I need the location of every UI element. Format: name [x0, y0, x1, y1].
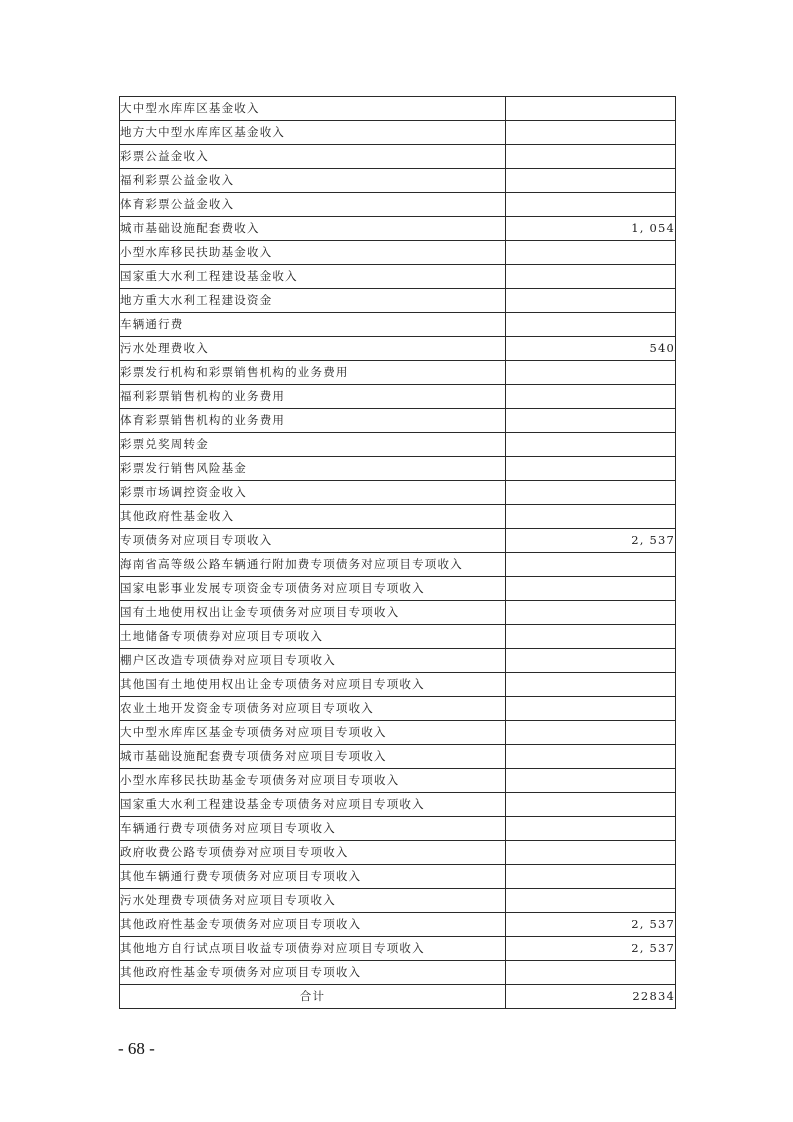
row-amount: [506, 385, 676, 409]
row-name: 地方大中型水库库区基金收入: [120, 121, 506, 145]
table-row: 大中型水库库区基金收入: [120, 97, 676, 121]
row-name: 污水处理费专项债务对应项目专项收入: [120, 889, 506, 913]
table-row: 专项债务对应项目专项收入2, 537: [120, 529, 676, 553]
row-name: 棚户区改造专项债券对应项目专项收入: [120, 649, 506, 673]
row-amount: [506, 889, 676, 913]
row-amount: [506, 169, 676, 193]
row-amount: [506, 433, 676, 457]
row-name: 大中型水库库区基金收入: [120, 97, 506, 121]
table-row: 污水处理费收入540: [120, 337, 676, 361]
row-name: 地方重大水利工程建设资金: [120, 289, 506, 313]
row-name: 其他车辆通行费专项债务对应项目专项收入: [120, 865, 506, 889]
table-row: 其他政府性基金专项债务对应项目专项收入: [120, 961, 676, 985]
table-row: 小型水库移民扶助基金收入: [120, 241, 676, 265]
table-row: 车辆通行费专项债务对应项目专项收入: [120, 817, 676, 841]
row-amount: [506, 241, 676, 265]
row-name: 其他政府性基金专项债务对应项目专项收入: [120, 913, 506, 937]
row-name: 专项债务对应项目专项收入: [120, 529, 506, 553]
row-name: 彩票公益金收入: [120, 145, 506, 169]
row-amount: [506, 601, 676, 625]
row-amount: [506, 961, 676, 985]
row-name: 车辆通行费: [120, 313, 506, 337]
row-amount: 1, 054: [506, 217, 676, 241]
table-row: 国家电影事业发展专项资金专项债务对应项目专项收入: [120, 577, 676, 601]
row-amount: [506, 745, 676, 769]
row-name: 小型水库移民扶助基金收入: [120, 241, 506, 265]
row-name: 农业土地开发资金专项债务对应项目专项收入: [120, 697, 506, 721]
row-name: 彩票发行机构和彩票销售机构的业务费用: [120, 361, 506, 385]
table-row: 国家重大水利工程建设基金专项债务对应项目专项收入: [120, 793, 676, 817]
row-amount: [506, 313, 676, 337]
row-name: 车辆通行费专项债务对应项目专项收入: [120, 817, 506, 841]
row-name: 城市基础设施配套费专项债务对应项目专项收入: [120, 745, 506, 769]
row-amount: [506, 457, 676, 481]
total-row: 合计22834: [120, 985, 676, 1009]
row-name: 污水处理费收入: [120, 337, 506, 361]
table-row: 福利彩票公益金收入: [120, 169, 676, 193]
table-row: 地方重大水利工程建设资金: [120, 289, 676, 313]
row-name: 城市基础设施配套费收入: [120, 217, 506, 241]
row-amount: [506, 841, 676, 865]
row-amount: 2, 537: [506, 529, 676, 553]
row-name: 彩票兑奖周转金: [120, 433, 506, 457]
row-amount: [506, 649, 676, 673]
row-amount: [506, 625, 676, 649]
table-row: 彩票兑奖周转金: [120, 433, 676, 457]
row-name: 福利彩票公益金收入: [120, 169, 506, 193]
table-row: 彩票发行销售风险基金: [120, 457, 676, 481]
row-amount: [506, 145, 676, 169]
row-amount: [506, 865, 676, 889]
table-row: 城市基础设施配套费专项债务对应项目专项收入: [120, 745, 676, 769]
row-amount: [506, 505, 676, 529]
table-row: 政府收费公路专项债券对应项目专项收入: [120, 841, 676, 865]
row-name: 彩票市场调控资金收入: [120, 481, 506, 505]
row-amount: [506, 793, 676, 817]
row-name: 福利彩票销售机构的业务费用: [120, 385, 506, 409]
table-row: 国有土地使用权出让金专项债务对应项目专项收入: [120, 601, 676, 625]
table-row: 小型水库移民扶助基金专项债务对应项目专项收入: [120, 769, 676, 793]
row-amount: [506, 409, 676, 433]
row-amount: [506, 769, 676, 793]
row-name: 土地储备专项债券对应项目专项收入: [120, 625, 506, 649]
row-amount: [506, 97, 676, 121]
row-amount: 540: [506, 337, 676, 361]
table-row: 车辆通行费: [120, 313, 676, 337]
table-row: 彩票市场调控资金收入: [120, 481, 676, 505]
table-body: 大中型水库库区基金收入 地方大中型水库库区基金收入 彩票公益金收入 福利彩票公益…: [120, 97, 676, 1009]
table-row: 土地储备专项债券对应项目专项收入: [120, 625, 676, 649]
table-row: 其他政府性基金收入: [120, 505, 676, 529]
table-row: 大中型水库库区基金专项债务对应项目专项收入: [120, 721, 676, 745]
table-row: 体育彩票公益金收入: [120, 193, 676, 217]
table-row: 城市基础设施配套费收入1, 054: [120, 217, 676, 241]
document-page: 大中型水库库区基金收入 地方大中型水库库区基金收入 彩票公益金收入 福利彩票公益…: [0, 0, 793, 1122]
row-amount: [506, 673, 676, 697]
table-row: 其他国有土地使用权出让金专项债务对应项目专项收入: [120, 673, 676, 697]
total-amount: 22834: [506, 985, 676, 1009]
row-amount: [506, 721, 676, 745]
table-row: 海南省高等级公路车辆通行附加费专项债务对应项目专项收入: [120, 553, 676, 577]
table-row: 其他地方自行试点项目收益专项债券对应项目专项收入2, 537: [120, 937, 676, 961]
row-name: 小型水库移民扶助基金专项债务对应项目专项收入: [120, 769, 506, 793]
row-name: 国家重大水利工程建设基金专项债务对应项目专项收入: [120, 793, 506, 817]
row-name: 国家电影事业发展专项资金专项债务对应项目专项收入: [120, 577, 506, 601]
row-name: 政府收费公路专项债券对应项目专项收入: [120, 841, 506, 865]
row-name: 体育彩票销售机构的业务费用: [120, 409, 506, 433]
row-name: 其他政府性基金收入: [120, 505, 506, 529]
row-name: 大中型水库库区基金专项债务对应项目专项收入: [120, 721, 506, 745]
row-name: 体育彩票公益金收入: [120, 193, 506, 217]
fund-revenue-table: 大中型水库库区基金收入 地方大中型水库库区基金收入 彩票公益金收入 福利彩票公益…: [119, 96, 676, 1009]
row-amount: [506, 193, 676, 217]
row-amount: [506, 289, 676, 313]
table-row: 其他车辆通行费专项债务对应项目专项收入: [120, 865, 676, 889]
table-row: 彩票公益金收入: [120, 145, 676, 169]
table-row: 国家重大水利工程建设基金收入: [120, 265, 676, 289]
row-name: 其他地方自行试点项目收益专项债券对应项目专项收入: [120, 937, 506, 961]
page-number: - 68 -: [118, 1039, 155, 1059]
row-name: 国有土地使用权出让金专项债务对应项目专项收入: [120, 601, 506, 625]
row-name: 国家重大水利工程建设基金收入: [120, 265, 506, 289]
row-name: 彩票发行销售风险基金: [120, 457, 506, 481]
table-row: 体育彩票销售机构的业务费用: [120, 409, 676, 433]
row-amount: [506, 577, 676, 601]
row-amount: [506, 121, 676, 145]
row-amount: 2, 537: [506, 937, 676, 961]
row-amount: [506, 361, 676, 385]
row-amount: [506, 265, 676, 289]
row-amount: [506, 817, 676, 841]
table-row: 其他政府性基金专项债务对应项目专项收入2, 537: [120, 913, 676, 937]
row-name: 海南省高等级公路车辆通行附加费专项债务对应项目专项收入: [120, 553, 506, 577]
row-name: 其他国有土地使用权出让金专项债务对应项目专项收入: [120, 673, 506, 697]
total-label: 合计: [120, 985, 506, 1009]
row-amount: [506, 697, 676, 721]
table-row: 地方大中型水库库区基金收入: [120, 121, 676, 145]
row-name: 其他政府性基金专项债务对应项目专项收入: [120, 961, 506, 985]
row-amount: 2, 537: [506, 913, 676, 937]
row-amount: [506, 553, 676, 577]
table-row: 污水处理费专项债务对应项目专项收入: [120, 889, 676, 913]
table-row: 福利彩票销售机构的业务费用: [120, 385, 676, 409]
table-row: 农业土地开发资金专项债务对应项目专项收入: [120, 697, 676, 721]
table-row: 棚户区改造专项债券对应项目专项收入: [120, 649, 676, 673]
table-row: 彩票发行机构和彩票销售机构的业务费用: [120, 361, 676, 385]
row-amount: [506, 481, 676, 505]
